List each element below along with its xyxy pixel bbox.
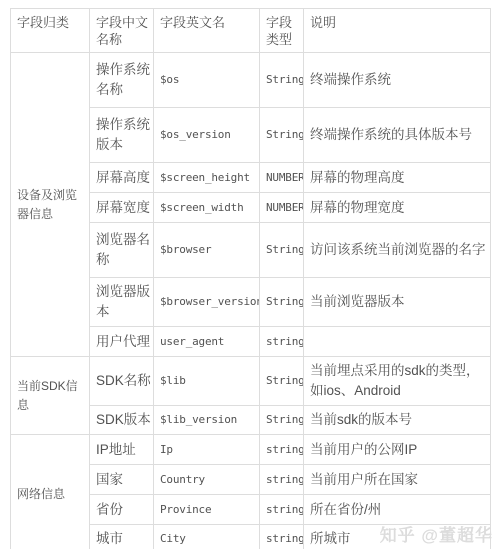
field-cn-cell: 省份: [90, 495, 154, 525]
field-desc-cell: [304, 327, 491, 357]
field-definition-table: 字段归类 字段中文名称 字段英文名 字段类型 说明 设备及浏览器信息 操作系统名…: [10, 8, 491, 549]
column-header-description: 说明: [304, 9, 491, 53]
field-desc-cell: 所在省份/州: [304, 495, 491, 525]
field-cn-cell: 屏幕宽度: [90, 193, 154, 223]
field-desc-cell: 访问该系统当前浏览器的名字: [304, 223, 491, 278]
field-desc-cell: 终端操作系统: [304, 53, 491, 108]
field-type-cell: String: [260, 53, 304, 108]
field-cn-cell: 屏幕高度: [90, 163, 154, 193]
field-en-cell: $screen_height: [154, 163, 260, 193]
field-type-cell: string: [260, 435, 304, 465]
field-type-cell: string: [260, 525, 304, 549]
table-header-row: 字段归类 字段中文名称 字段英文名 字段类型 说明: [11, 9, 491, 53]
field-type-cell: String: [260, 406, 304, 435]
field-type-cell: NUMBER: [260, 193, 304, 223]
field-en-cell: $lib_version: [154, 406, 260, 435]
field-en-cell: Country: [154, 465, 260, 495]
field-desc-cell: 当前浏览器版本: [304, 278, 491, 327]
field-en-cell: $lib: [154, 357, 260, 406]
field-cn-cell: 操作系统名称: [90, 53, 154, 108]
field-en-cell: $browser: [154, 223, 260, 278]
field-type-cell: string: [260, 495, 304, 525]
column-header-type: 字段类型: [260, 9, 304, 53]
category-cell-sdk: 当前SDK信息: [11, 357, 90, 435]
table-row: 当前SDK信息 SDK名称 $lib String 当前埋点采用的sdk的类型，…: [11, 357, 491, 406]
field-desc-cell: 当前用户所在国家: [304, 465, 491, 495]
category-cell-network: 网络信息: [11, 435, 90, 549]
field-cn-cell: 操作系统版本: [90, 108, 154, 163]
field-en-cell: $os_version: [154, 108, 260, 163]
field-cn-cell: 浏览器版本: [90, 278, 154, 327]
field-cn-cell: 浏览器名称: [90, 223, 154, 278]
field-cn-cell: 用户代理: [90, 327, 154, 357]
field-en-cell: user_agent: [154, 327, 260, 357]
field-desc-cell: 所城市: [304, 525, 491, 549]
table-row: 网络信息 IP地址 Ip string 当前用户的公网IP: [11, 435, 491, 465]
table-row: 设备及浏览器信息 操作系统名称 $os String 终端操作系统: [11, 53, 491, 108]
field-cn-cell: SDK版本: [90, 406, 154, 435]
column-header-category: 字段归类: [11, 9, 90, 53]
field-type-cell: String: [260, 223, 304, 278]
field-type-cell: NUMBER: [260, 163, 304, 193]
field-cn-cell: SDK名称: [90, 357, 154, 406]
column-header-cn-name: 字段中文名称: [90, 9, 154, 53]
field-cn-cell: IP地址: [90, 435, 154, 465]
field-desc-cell: 屏幕的物理高度: [304, 163, 491, 193]
category-cell-device-browser: 设备及浏览器信息: [11, 53, 90, 357]
field-desc-cell: 当前用户的公网IP: [304, 435, 491, 465]
field-desc-cell: 屏幕的物理宽度: [304, 193, 491, 223]
field-cn-cell: 城市: [90, 525, 154, 549]
field-cn-cell: 国家: [90, 465, 154, 495]
field-type-cell: string: [260, 465, 304, 495]
field-desc-cell: 当前埋点采用的sdk的类型，如ios、Android: [304, 357, 491, 406]
field-en-cell: $screen_width: [154, 193, 260, 223]
field-en-cell: $browser_version: [154, 278, 260, 327]
field-en-cell: Province: [154, 495, 260, 525]
field-en-cell: Ip: [154, 435, 260, 465]
field-type-cell: String: [260, 108, 304, 163]
column-header-en-name: 字段英文名: [154, 9, 260, 53]
field-type-cell: string: [260, 327, 304, 357]
field-desc-cell: 终端操作系统的具体版本号: [304, 108, 491, 163]
field-desc-cell: 当前sdk的版本号: [304, 406, 491, 435]
field-en-cell: City: [154, 525, 260, 549]
field-type-cell: String: [260, 357, 304, 406]
field-type-cell: String: [260, 278, 304, 327]
field-en-cell: $os: [154, 53, 260, 108]
